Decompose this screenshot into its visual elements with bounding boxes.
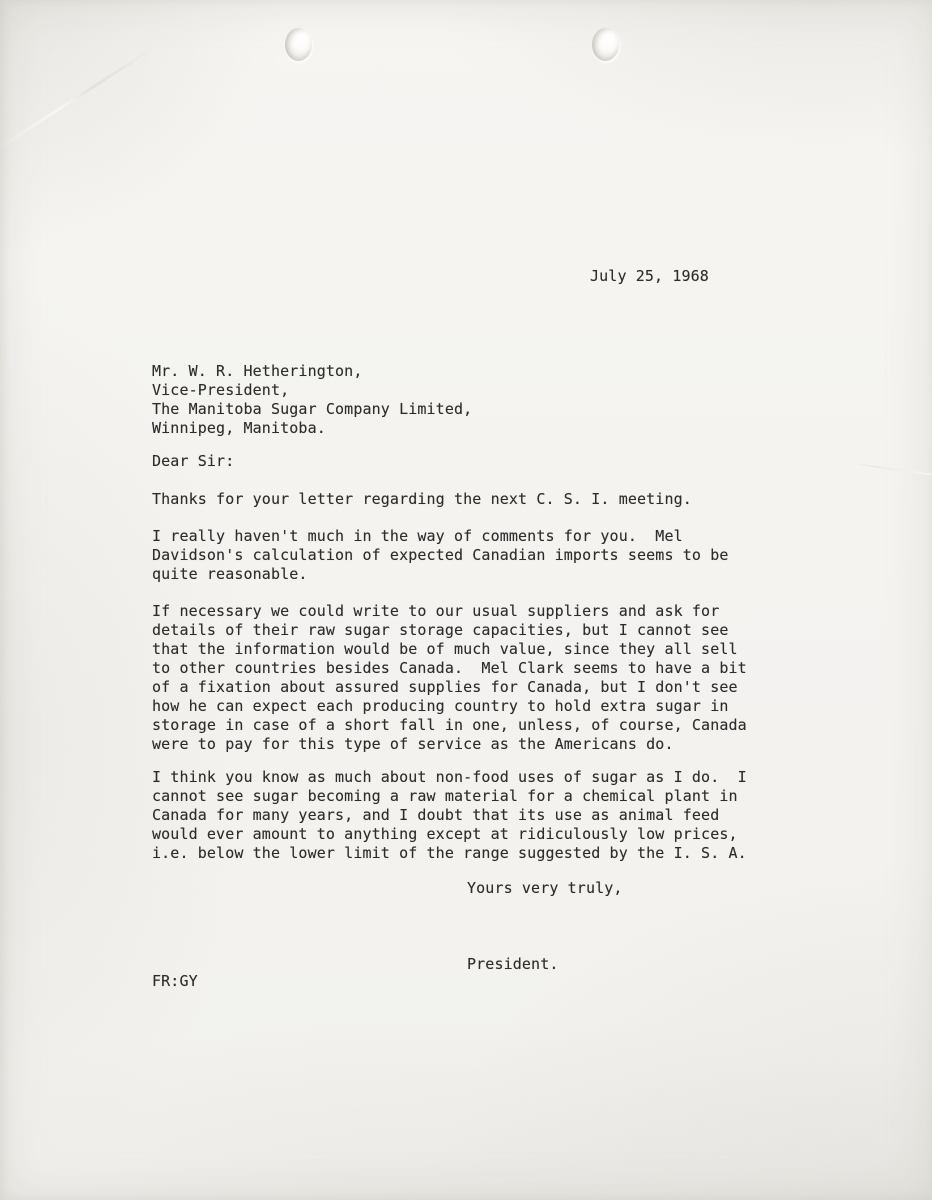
body-paragraph-1: Thanks for your letter regarding the nex… [152, 490, 692, 509]
closing-phrase: Yours very truly, [467, 879, 623, 898]
body-paragraph-4: I think you know as much about non-food … [152, 768, 747, 863]
paper-crease-top-left [0, 45, 157, 151]
date-line: July 25, 1968 [590, 267, 709, 286]
paper-crease-right [852, 462, 931, 475]
punch-hole-right [592, 28, 619, 61]
body-paragraph-2: I really haven't much in the way of comm… [152, 527, 729, 584]
recipient-address: Mr. W. R. Hetherington, Vice-President, … [152, 362, 472, 438]
letter-page: July 25, 1968 Mr. W. R. Hetherington, Vi… [0, 0, 932, 1200]
typist-initials: FR:GY [152, 972, 198, 991]
signature-title: President. [467, 955, 559, 974]
salutation: Dear Sir: [152, 452, 234, 471]
body-paragraph-3: If necessary we could write to our usual… [152, 602, 747, 754]
punch-hole-left [285, 28, 312, 61]
